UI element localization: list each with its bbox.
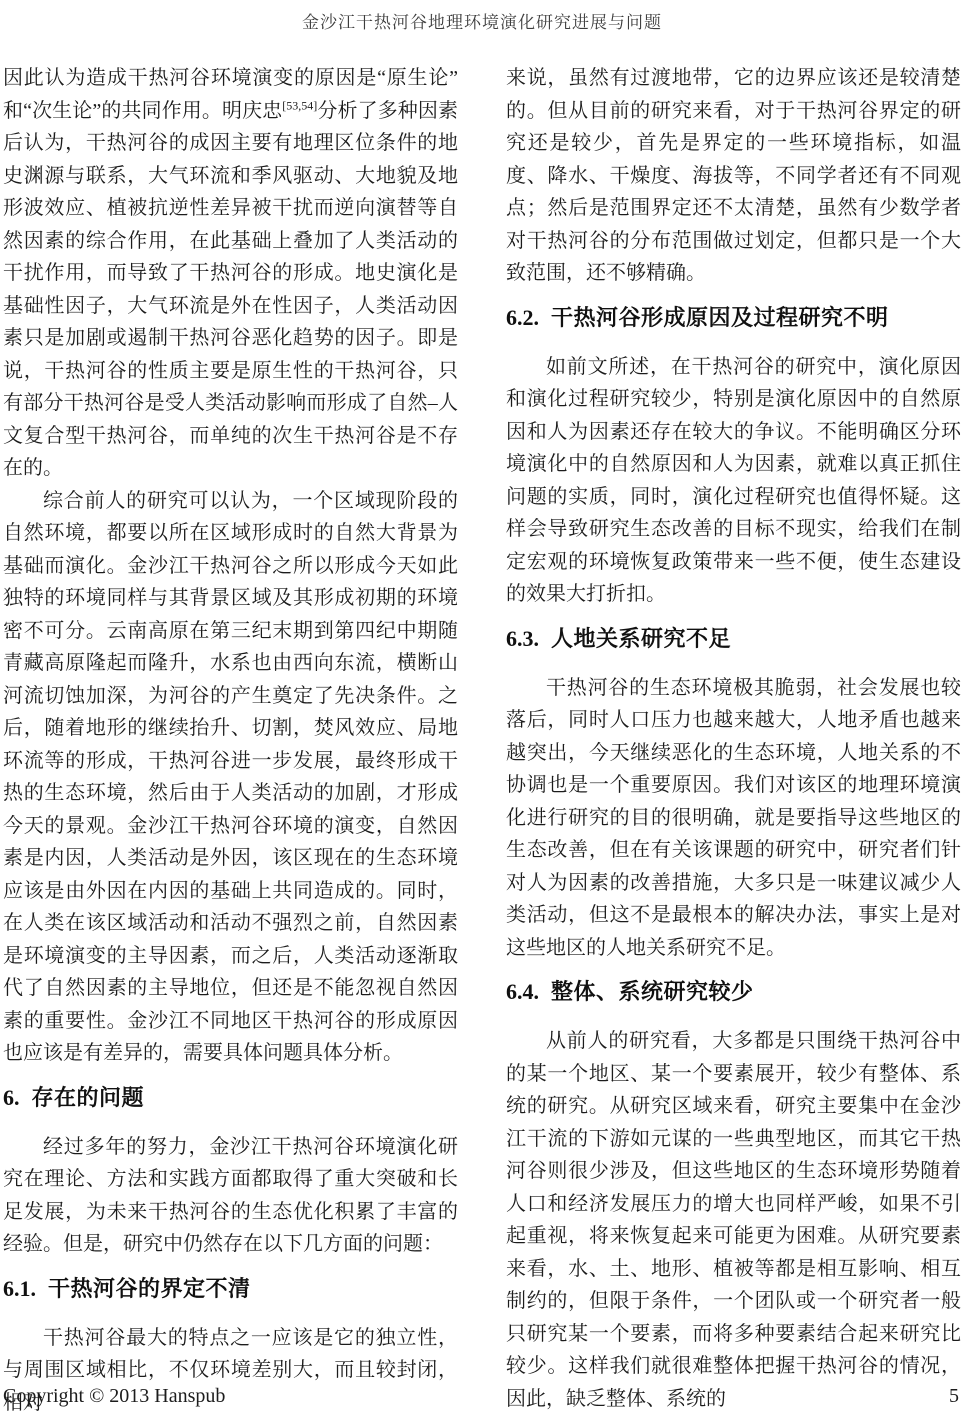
paragraph-boundary-continued: 来说，虽然有过渡地带，它的边界应该还是较清楚的。但从目前的研究来看，对于干热河谷… <box>506 62 961 290</box>
paper-page: 金沙江干热河谷地理环境演化研究进展与问题 因此认为造成干热河谷环境演变的原因是“… <box>0 0 964 1414</box>
left-column: 因此认为造成干热河谷环境演变的原因是“原生论”和“次生论”的共同作用。明庆忠[5… <box>3 62 458 1414</box>
section-title: 存在的问题 <box>32 1085 145 1110</box>
right-column: 来说，虽然有过渡地带，它的边界应该还是较清楚的。但从目前的研究来看，对于干热河谷… <box>506 62 961 1414</box>
paragraph-progress-summary: 经过多年的努力，金沙江干热河谷环境演化研究在理论、方法和实践方面都取得了重大突破… <box>3 1131 458 1261</box>
paragraph-text: 分析了多种因素后认为，干热河谷的成因主要有地理区位条件的地史渊源与联系，大气环流… <box>3 100 458 480</box>
running-header-title: 金沙江干热河谷地理环境演化研究进展与问题 <box>3 8 961 34</box>
page-number: 5 <box>949 1385 959 1408</box>
section-number: 6.3. <box>506 626 539 651</box>
citation-reference: [53,54] <box>282 98 317 112</box>
section-number: 6.2. <box>506 305 539 330</box>
paragraph-origin-theory: 因此认为造成干热河谷环境演变的原因是“原生论”和“次生论”的共同作用。明庆忠[5… <box>3 62 458 485</box>
section-title: 干热河谷形成原因及过程研究不明 <box>551 305 889 330</box>
section-heading-6-1: 6.1.干热河谷的界定不清 <box>3 1274 458 1304</box>
paragraph-formation-causes: 如前文所述，在干热河谷的研究中，演化原因和演化过程研究较少，特别是演化原因中的自… <box>506 351 961 611</box>
paragraph-synthesis: 综合前人的研究可以认为，一个区域现阶段的自然环境，都要以所在区域形成时的自然大背… <box>3 485 458 1070</box>
paragraph-human-land-relation: 干热河谷的生态环境极其脆弱，社会发展也较落后，同时人口压力也越来越大，人地矛盾也… <box>506 672 961 965</box>
section-title: 干热河谷的界定不清 <box>48 1276 251 1301</box>
section-heading-6-3: 6.3.人地关系研究不足 <box>506 624 961 654</box>
section-heading-6-2: 6.2.干热河谷形成原因及过程研究不明 <box>506 303 961 333</box>
section-number: 6. <box>3 1085 20 1110</box>
section-title: 人地关系研究不足 <box>551 626 731 651</box>
paragraph-systematic-research: 从前人的研究看，大多都是只围绕干热河谷中的某一个地区、某一个要素展开，较少有整体… <box>506 1025 961 1414</box>
copyright-text: Copyright © 2013 Hanspub <box>3 1385 225 1408</box>
two-column-body: 因此认为造成干热河谷环境演变的原因是“原生论”和“次生论”的共同作用。明庆忠[5… <box>3 62 961 1414</box>
section-heading-6: 6.存在的问题 <box>3 1083 458 1113</box>
section-heading-6-4: 6.4.整体、系统研究较少 <box>506 977 961 1007</box>
section-title: 整体、系统研究较少 <box>551 979 754 1004</box>
section-number: 6.1. <box>3 1276 36 1301</box>
page-footer: Copyright © 2013 Hanspub 5 <box>3 1385 959 1408</box>
section-number: 6.4. <box>506 979 539 1004</box>
